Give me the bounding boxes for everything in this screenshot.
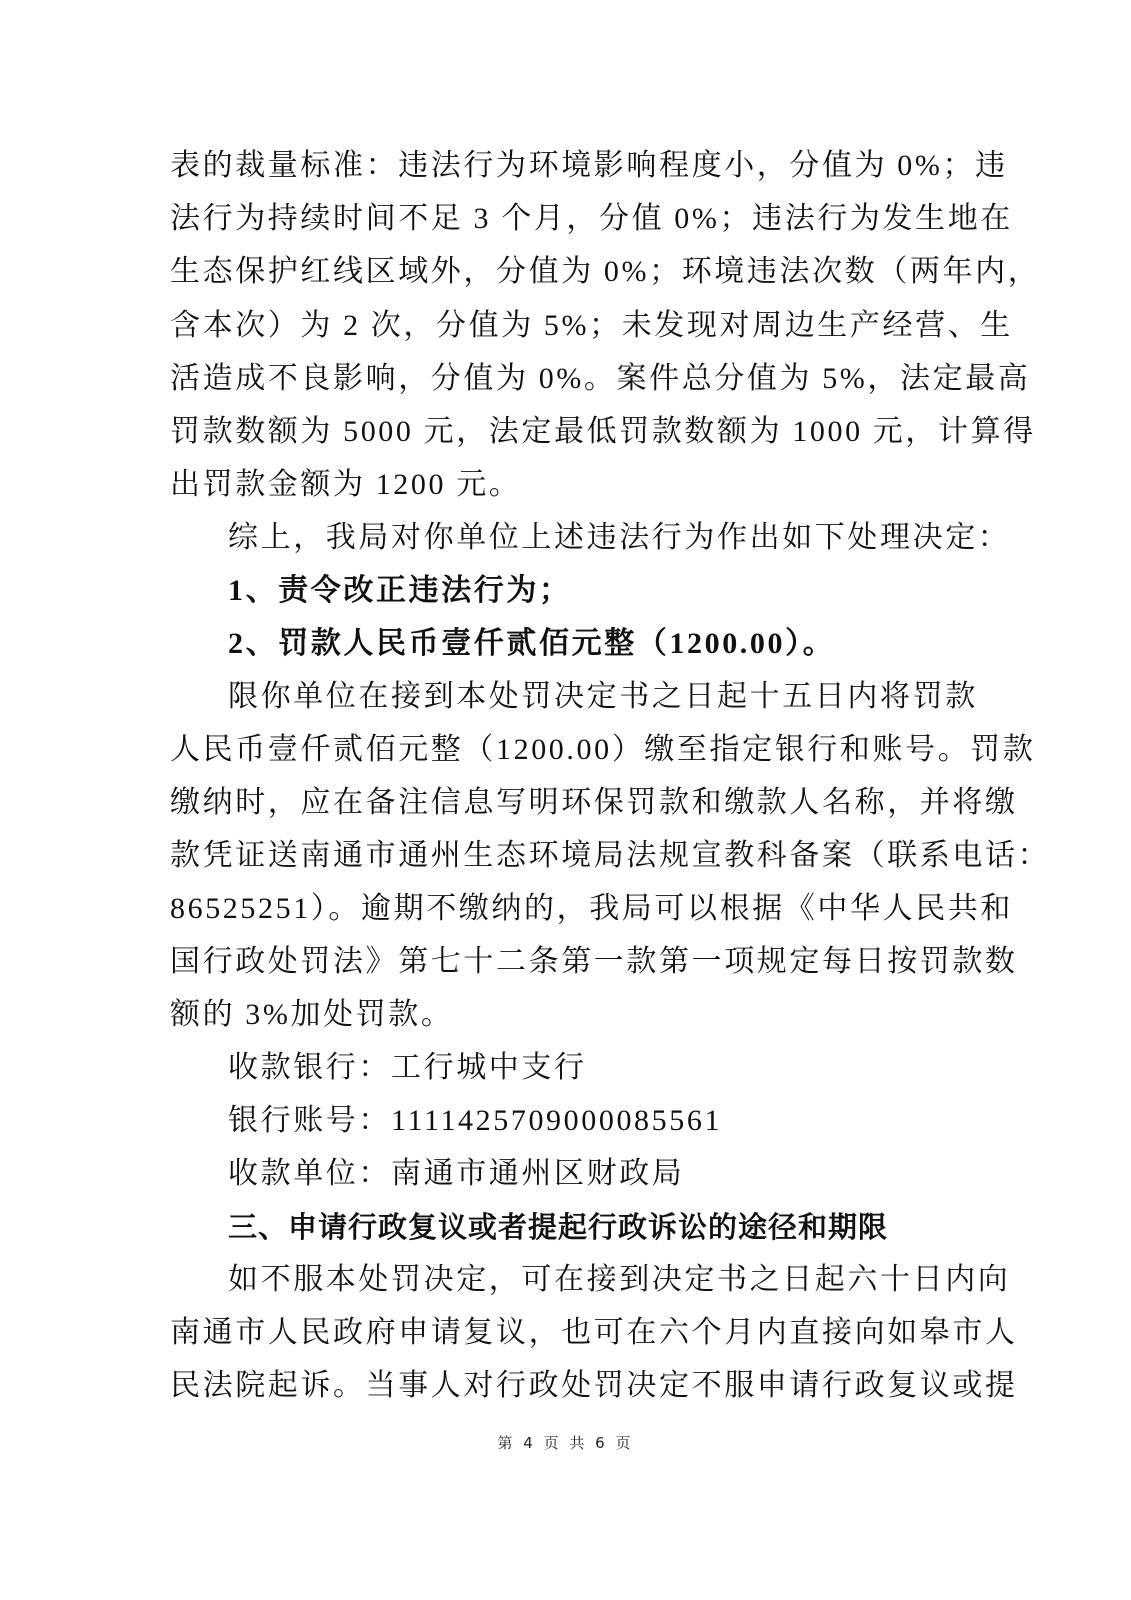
bank-account: 银行账号：1111425709000085561 <box>228 1101 722 1141</box>
paragraph-line: 表的裁量标准：违法行为环境影响程度小，分值为 0%；违 <box>170 146 1008 186</box>
section-heading: 三、申请行政复议或者提起行政诉讼的途径和期限 <box>228 1207 888 1247</box>
paragraph-line: 罚款数额为 5000 元，法定最低罚款数额为 1000 元，计算得 <box>170 412 1036 452</box>
appeal-line: 南通市人民政府申请复议，也可在六个月内直接向如皋市人 <box>170 1313 1018 1353</box>
payment-line: 国行政处罚法》第七十二条第一款第一项规定每日按罚款数 <box>170 942 1018 982</box>
appeal-line: 如不服本处罚决定，可在接到决定书之日起六十日内向 <box>228 1260 1010 1300</box>
payment-line: 缴纳时，应在备注信息写明环保罚款和缴款人名称，并将缴 <box>170 783 1018 823</box>
payment-line: 额的 3%加处罚款。 <box>170 995 454 1035</box>
document-page: 表的裁量标准：违法行为环境影响程度小，分值为 0%；违 法行为持续时间不足 3 … <box>0 0 1131 1600</box>
decision-item-1: 1、责令改正违法行为； <box>228 571 572 611</box>
payment-line: 人民币壹仟贰佰元整（1200.00）缴至指定银行和账号。罚款 <box>170 730 1036 770</box>
payee: 收款单位：南通市通州区财政局 <box>228 1154 684 1194</box>
appeal-line: 民法院起诉。当事人对行政处罚决定不服申请行政复议或提 <box>170 1366 1018 1406</box>
payment-line: 款凭证送南通市通州生态环境局法规宣教科备案（联系电话： <box>170 836 1050 876</box>
paragraph-line: 法行为持续时间不足 3 个月，分值 0%；违法行为发生地在 <box>170 199 1013 239</box>
decision-intro: 综上，我局对你单位上述违法行为作出如下处理决定： <box>228 518 1010 558</box>
bank-name: 收款银行：工行城中支行 <box>228 1048 587 1088</box>
paragraph-line: 活造成不良影响，分值为 0%。案件总分值为 5%，法定最高 <box>170 359 1030 399</box>
paragraph-line: 生态保护红线区域外，分值为 0%；环境违法次数（两年内， <box>170 252 1040 292</box>
payment-line: 86525251）。逾期不缴纳的，我局可以根据《中华人民共和 <box>170 889 1013 929</box>
paragraph-line: 出罚款金额为 1200 元。 <box>170 465 521 505</box>
payment-line: 限你单位在接到本处罚决定书之日起十五日内将罚款 <box>228 677 978 717</box>
paragraph-line: 含本次）为 2 次，分值为 5%；未发现对周边生产经营、生 <box>170 306 1013 346</box>
decision-item-2: 2、罚款人民币壹仟贰佰元整（1200.00）。 <box>228 624 835 664</box>
page-number: 第 4 页 共 6 页 <box>0 1432 1131 1453</box>
